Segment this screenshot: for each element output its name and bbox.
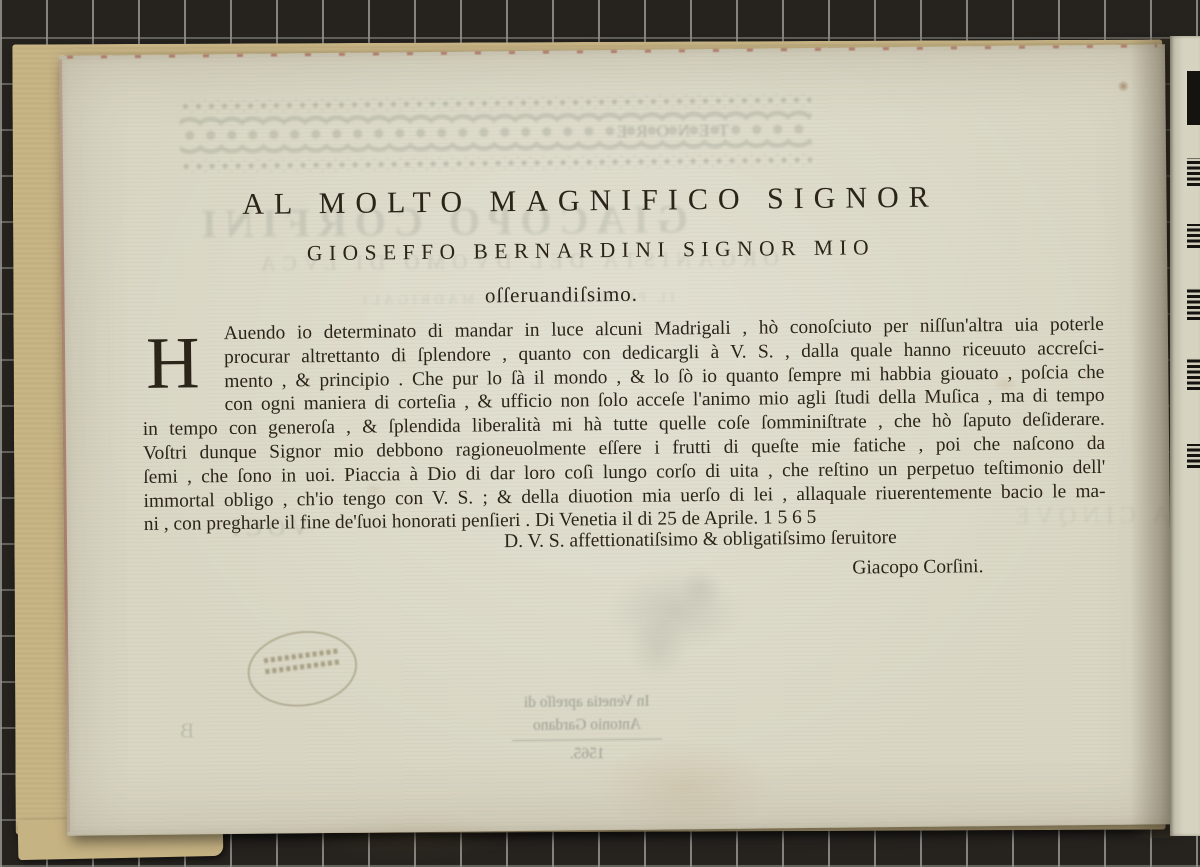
- ornament-row: [179, 94, 811, 113]
- showthrough-ornament-band: TENORE: [179, 94, 812, 173]
- showthrough-voci: VOCI: [226, 515, 309, 543]
- showthrough-signature-mark-b: B: [180, 718, 194, 743]
- author-signature: Giacopo Corſini.: [852, 556, 983, 579]
- facing-page-edge: [1170, 36, 1200, 836]
- book-page: TENORE GIACOPO CORFINI ORGANISTA DEL DVO…: [59, 44, 1173, 836]
- facing-page-print-mark: [1187, 224, 1200, 248]
- facing-page-print-mark: [1187, 444, 1200, 468]
- facing-page-print-mark: [1187, 288, 1200, 320]
- foxing-stain: [596, 738, 777, 835]
- foxing-stain: [297, 811, 518, 863]
- imprint-rule: [512, 739, 662, 742]
- showthrough-part-name-tenore: TENORE: [608, 121, 729, 142]
- library-stamp: [243, 624, 362, 713]
- dedication-heading-line1: AL MOLTO MAGNIFICO SIGNOR: [115, 179, 1065, 223]
- showthrough-printer-device: [564, 542, 786, 694]
- showthrough-a-cinque: A CINQVE: [830, 502, 1170, 533]
- foxing-stain: [1117, 81, 1129, 92]
- facing-page-print-mark: [1185, 71, 1200, 125]
- dedication-heading-line3: oſſeruandiſsimo.: [86, 278, 1036, 313]
- ornament-row: [180, 154, 812, 173]
- imprint-line: Antonio Gardano: [512, 713, 662, 738]
- imprint-line: In Venetia apreſſo di: [512, 690, 662, 715]
- photo-frame-calibration-grid: TENORE GIACOPO CORFINI ORGANISTA DEL DVO…: [0, 0, 1200, 867]
- facing-page-print-mark: [1187, 358, 1200, 390]
- facing-page-print-mark: [1187, 158, 1200, 186]
